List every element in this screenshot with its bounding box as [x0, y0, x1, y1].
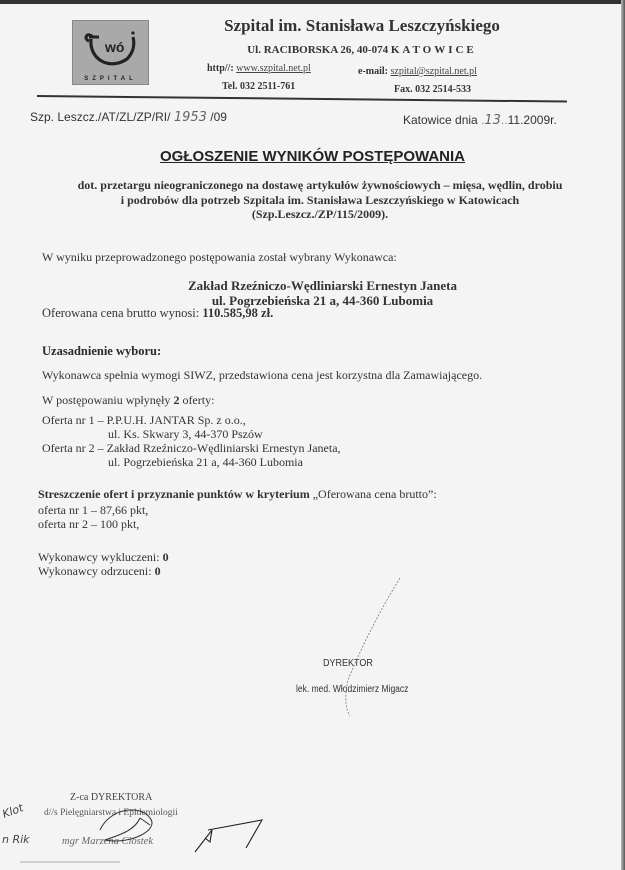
summary-heading-text: Streszczenie ofert i przyznanie punktów … — [38, 487, 310, 501]
offers-intro: W postępowaniu wpłynęły 2 oferty: — [42, 393, 214, 408]
offers-count: 2 — [173, 393, 179, 407]
rejected-label: Wykonawcy odrzuceni: — [38, 564, 152, 578]
hospital-logo: wó SZPITAL — [72, 20, 149, 85]
director-signature — [346, 578, 400, 716]
website: http//: www.szpital.net.pl — [207, 63, 311, 74]
subject-line: (Szp.Leszcz./ZP/115/2009). — [40, 207, 600, 222]
score-item: oferta nr 1 – 87,66 pkt, — [38, 504, 148, 518]
date-prefix: Katowice dnia — [403, 113, 478, 127]
reference-handwritten-number: 1953 — [174, 110, 207, 125]
summary-heading: Streszczenie ofert i przyznanie punktów … — [38, 487, 437, 502]
director-name: lek. med. Włodzimierz Migacz — [296, 684, 408, 695]
summary-scores: oferta nr 1 – 87,66 pkt, oferta nr 2 – 1… — [38, 504, 148, 531]
subject-line: i podrobów dla potrzeb Szpitala im. Stan… — [40, 193, 600, 208]
offer-address: ul. Ks. Skwary 3, 44-370 Pszów — [42, 427, 341, 441]
deputy-unit: d//s Pielęgniarstwa i Epidemiologii — [44, 808, 178, 818]
street-address: Ul. RACIBORSKA 26, 40-074 — [247, 44, 388, 56]
margin-note: n Rik — [2, 833, 30, 846]
score-item: oferta nr 2 – 100 pkt, — [38, 518, 148, 532]
date-handwritten-day: 13 — [484, 113, 501, 128]
subject-line: dot. przetargu nieograniczonego na dosta… — [40, 178, 600, 193]
deputy-title: Z-ca DYREKTORA — [70, 792, 152, 803]
smile-logo-icon: wó — [79, 25, 141, 75]
offered-price: Oferowana cena brutto wynosi: 110.585,98… — [42, 306, 273, 321]
justification-heading: Uzasadnienie wyboru: — [42, 344, 161, 359]
city: KATOWICE — [391, 44, 477, 56]
summary-criterion: „Oferowana cena brutto”: — [313, 487, 437, 501]
subject: dot. przetargu nieograniczonego na dosta… — [40, 178, 600, 222]
svg-text:wó: wó — [104, 39, 124, 55]
excluded-value: 0 — [163, 550, 169, 564]
rejected-value: 0 — [155, 564, 161, 578]
justification-text: Wykonawca spełnia wymogi SIWZ, przedstaw… — [42, 368, 482, 383]
website-link[interactable]: www.szpital.net.pl — [236, 63, 311, 74]
fax: Fax. 032 2514-533 — [394, 84, 471, 95]
director-title: DYREKTOR — [323, 658, 373, 669]
scan-right-edge — [621, 0, 625, 870]
price-label: Oferowana cena brutto wynosi: — [42, 306, 199, 320]
deputy-name: mgr Marzena Ciostek — [62, 836, 153, 847]
initials-signature — [195, 820, 262, 852]
hospital-address: Ul. RACIBORSKA 26, 40-074 KATOWICE — [212, 44, 512, 56]
email: e-mail: szpital@szpital.net.pl — [358, 66, 477, 77]
reference-suffix: /09 — [210, 110, 227, 124]
offer-item: Oferta nr 2 – Zakład Rzeźniczo-Wędliniar… — [42, 441, 341, 455]
excluded-label: Wykonawcy wykluczeni: — [38, 550, 160, 564]
offers-list: Oferta nr 1 – P.P.U.H. JANTAR Sp. z o.o.… — [42, 413, 341, 469]
offers-intro-text: W postępowaniu wpłynęły — [42, 393, 170, 407]
logo-caption: SZPITAL — [73, 76, 148, 82]
date-rest: 11.2009r. — [508, 113, 557, 127]
email-link[interactable]: szpital@szpital.net.pl — [391, 66, 477, 77]
scan-top-edge — [0, 0, 625, 4]
excluded-count: Wykonawcy wykluczeni: 0 — [38, 550, 169, 564]
reference-prefix: Szp. Leszcz./AT/ZL/ZP/RI/ — [30, 110, 170, 124]
margin-note: Klot — [1, 801, 26, 821]
document-title: OGŁOSZENIE WYNIKÓW POSTĘPOWANIA — [0, 148, 625, 165]
hospital-name: Szpital im. Stanisława Leszczyńskiego — [212, 16, 512, 36]
price-value: 110.585,98 zł. — [202, 306, 273, 320]
winner: Zakład Rzeźniczo-Wędliniarski Ernestyn J… — [0, 278, 625, 308]
telephone: Tel. 032 2511-761 — [222, 81, 295, 92]
email-label: e-mail: — [358, 66, 388, 77]
offer-address: ul. Pogrzebieńska 21 a, 44-360 Lubomia — [42, 455, 341, 469]
offers-intro-suffix: oferty: — [182, 393, 214, 407]
winner-name: Zakład Rzeźniczo-Wędliniarski Ernestyn J… — [20, 278, 625, 293]
document-date: Katowice dnia .13..11.2009r. — [403, 113, 557, 128]
website-label: http//: — [207, 63, 234, 74]
reference-number: Szp. Leszcz./AT/ZL/ZP/RI/ 1953 /09 — [30, 110, 227, 125]
result-intro: W wyniku przeprowadzonego postępowania z… — [42, 250, 397, 265]
header-divider — [37, 95, 567, 103]
exclusions: Wykonawcy wykluczeni: 0 Wykonawcy odrzuc… — [38, 550, 169, 578]
rejected-count: Wykonawcy odrzuceni: 0 — [38, 564, 169, 578]
offer-item: Oferta nr 1 – P.P.U.H. JANTAR Sp. z o.o.… — [42, 413, 341, 427]
